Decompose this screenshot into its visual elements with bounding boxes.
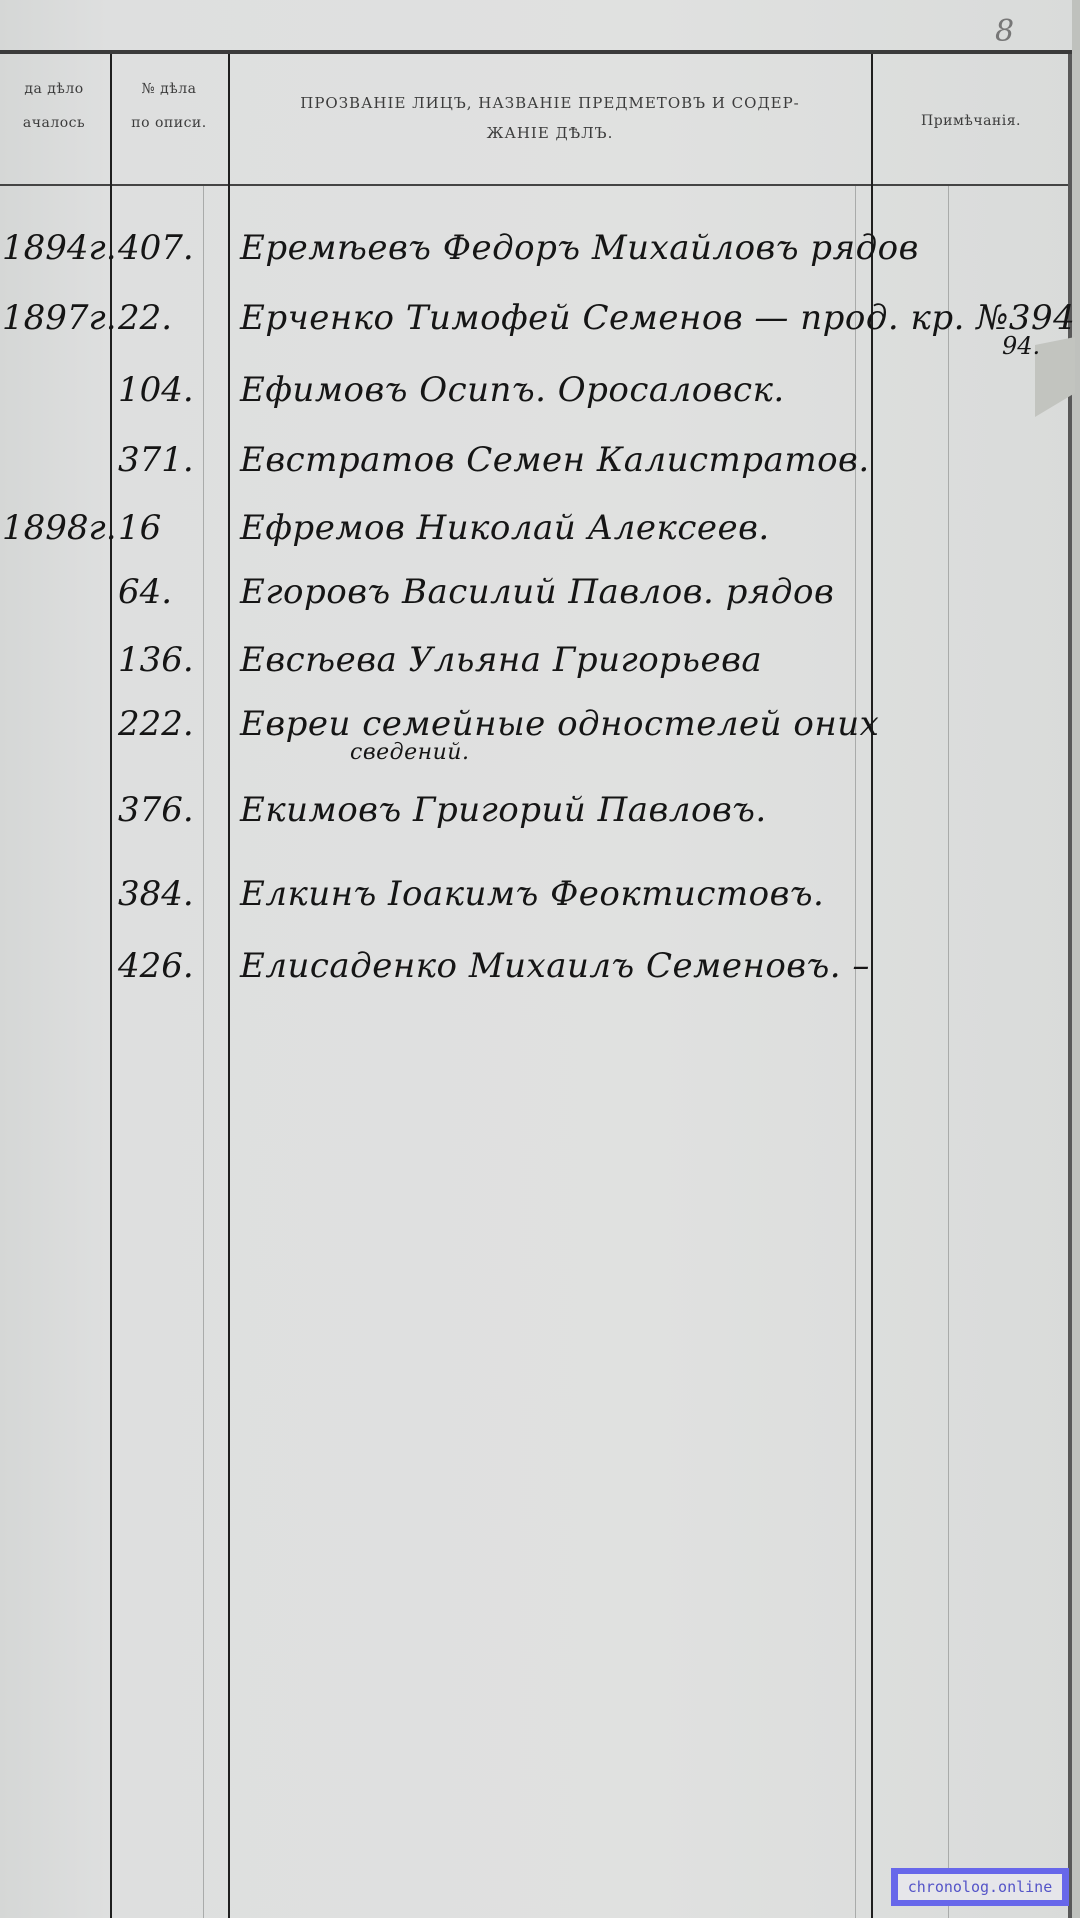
ledger-page: 8 да дѣло ачалось № дѣла по описи. ПРОЗВ… (0, 0, 1080, 1918)
row-case-number: 376. (118, 790, 218, 830)
header-year-line2: ачалось (0, 106, 108, 140)
row-case-number: 222. (118, 704, 218, 744)
header-notes: Примѣчанія. (874, 104, 1068, 138)
ledger-row: 384. Елкинъ Іоакимъ Феоктистовъ. (0, 874, 1072, 944)
row-description: Егоровъ Василий Павлов. рядов (240, 572, 1040, 612)
row-case-number: 22. (118, 298, 218, 338)
row-case-number: 136. (118, 640, 218, 680)
row-year: 1894г. (2, 228, 100, 268)
header-num-line1: № дѣла (112, 72, 226, 106)
ledger-row: 376. Екимовъ Григорий Павловъ. (0, 790, 1072, 860)
row-year: 1897г. (2, 298, 100, 338)
ledger-row: 1898г. 16 Ефремов Николай Алексеев. (0, 508, 1072, 578)
row-description: Ефремов Николай Алексеев. (240, 508, 1040, 548)
row-description: Елисаденко Михаилъ Семеновъ. – (240, 946, 1040, 986)
row-description: Елкинъ Іоакимъ Феоктистовъ. (240, 874, 1040, 914)
ledger-row: 104. Ефимовъ Осипъ. Оросаловск. (0, 370, 1072, 440)
book-binding (1072, 0, 1080, 1918)
row-case-number: 16 (118, 508, 218, 548)
header-num-line2: по описи. (112, 106, 226, 140)
row-case-number: 384. (118, 874, 218, 914)
row-description: Евреи семейные одностелей оних сведений. (240, 704, 1040, 765)
watermark-badge: chronolog.online (891, 1868, 1069, 1906)
row-description: Ефимовъ Осипъ. Оросаловск. (240, 370, 1040, 410)
row-year: 1898г. (2, 508, 100, 548)
row-description: Евсѣева Ульяна Григорьева (240, 640, 1040, 680)
ledger-row: 1894г. 407. Еремѣевъ Федоръ Михайловъ ря… (0, 228, 1072, 298)
row-description-main: Евреи семейные одностелей оних (240, 704, 879, 744)
header-rule (0, 184, 1072, 186)
page-number: 8 (995, 14, 1014, 49)
row-case-number: 407. (118, 228, 218, 268)
header-desc-line2: ЖАНІЕ ДѢЛЪ. (232, 118, 868, 148)
ledger-row: 136. Евсѣева Ульяна Григорьева (0, 640, 1072, 710)
ledger-row: 222. Евреи семейные одностелей оних свед… (0, 704, 1072, 804)
top-rule (0, 50, 1072, 54)
row-case-number: 64. (118, 572, 218, 612)
header-year: да дѣло ачалось (0, 72, 108, 140)
row-description: Еремѣевъ Федоръ Михайловъ рядов (240, 228, 1040, 268)
row-case-number: 104. (118, 370, 218, 410)
row-case-number: 426. (118, 946, 218, 986)
row-note: 94. (1002, 332, 1040, 360)
row-description: Евстратов Семен Калистратов. (240, 440, 1040, 480)
header-description: ПРОЗВАНІЕ ЛИЦЪ, НАЗВАНІЕ ПРЕДМЕТОВЪ И СО… (232, 88, 868, 148)
ledger-row: 64. Егоровъ Василий Павлов. рядов (0, 572, 1072, 642)
ledger-row: 1897г. 22. Ерченко Тимофей Семенов — про… (0, 298, 1072, 368)
row-case-number: 371. (118, 440, 218, 480)
header-case-number: № дѣла по описи. (112, 72, 226, 140)
ledger-row: 371. Евстратов Семен Калистратов. (0, 440, 1072, 510)
ledger-row: 426. Елисаденко Михаилъ Семеновъ. – (0, 946, 1072, 1016)
header-year-line1: да дѣло (0, 72, 108, 106)
watermark-text: chronolog.online (898, 1874, 1062, 1900)
header-desc-line1: ПРОЗВАНІЕ ЛИЦЪ, НАЗВАНІЕ ПРЕДМЕТОВЪ И СО… (232, 88, 868, 118)
row-description: Екимовъ Григорий Павловъ. (240, 790, 1040, 830)
row-description: Ерченко Тимофей Семенов — прод. кр. №394 (240, 298, 1040, 338)
